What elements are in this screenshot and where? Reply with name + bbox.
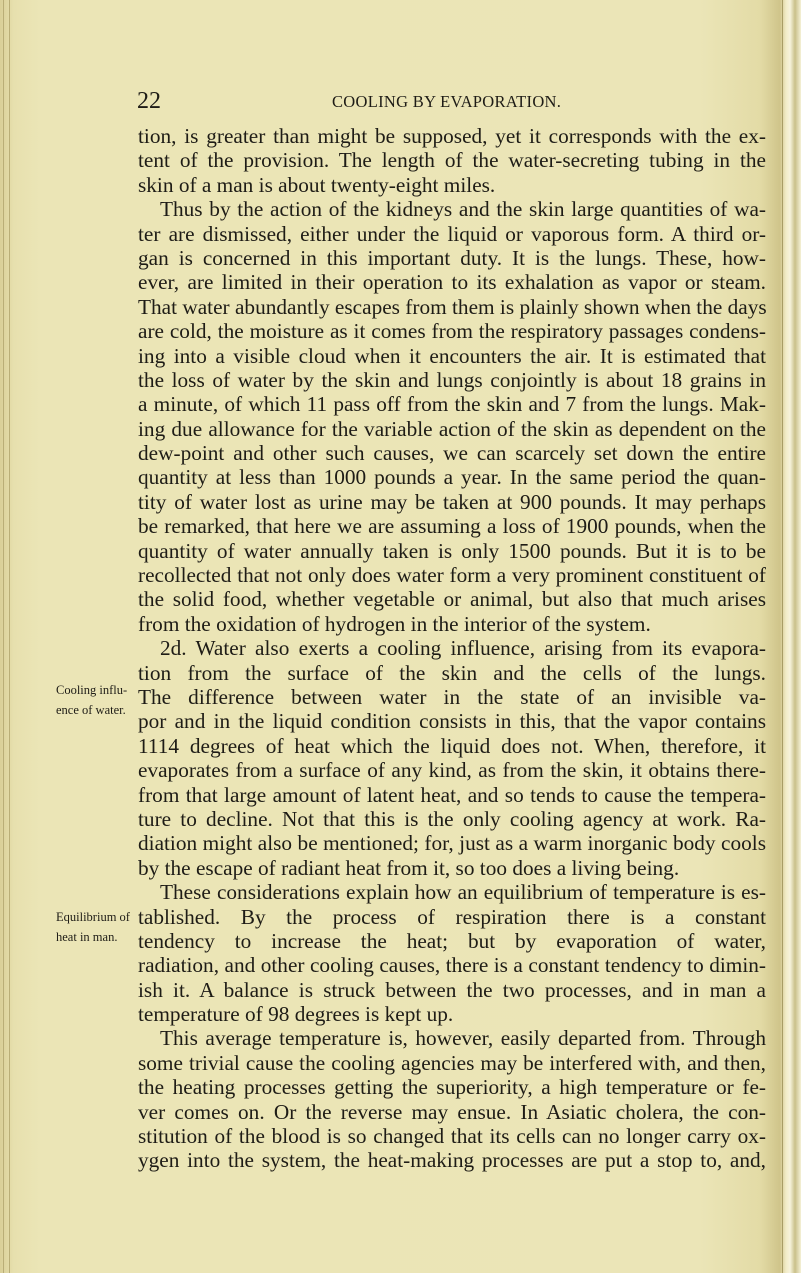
text-line: quantity of water annually taken is only… [138, 539, 766, 563]
page-number: 22 [137, 88, 161, 115]
text-line: radiation, and other cooling causes, the… [138, 953, 766, 977]
text-line: tion from the surface of the skin and th… [138, 661, 766, 685]
text-line: recollected that not only does water for… [138, 563, 766, 587]
text-line: 2d. Water also exerts a cooling influenc… [138, 636, 766, 660]
margin-note: Cooling influ-ence of water. [56, 680, 127, 720]
text-line: Thus by the action of the kidneys and th… [138, 197, 766, 221]
margin-note-line: heat in man. [56, 927, 130, 947]
spine-edge-line [9, 0, 10, 1273]
text-line: por and in the liquid condition consists… [138, 709, 766, 733]
text-line: by the escape of radiant heat from it, s… [138, 856, 766, 880]
page-header: 22 COOLING BY EVAPORATION. [0, 88, 801, 118]
text-line: tablished. By the process of respiration… [138, 905, 766, 929]
text-line: 1114 degrees of heat which the liquid do… [138, 734, 766, 758]
text-line: be remarked, that here we are assuming a… [138, 514, 766, 538]
text-line: ish it. A balance is struck between the … [138, 978, 766, 1002]
book-page: 22 COOLING BY EVAPORATION. tion, is grea… [0, 0, 801, 1273]
text-line: quantity at less than 1000 pounds a year… [138, 465, 766, 489]
fore-edge-line [782, 0, 783, 1273]
text-line: dew-point and other such causes, we can … [138, 441, 766, 465]
text-line: That water abundantly escapes from them … [138, 295, 766, 319]
text-line: These considerations explain how an equi… [138, 880, 766, 904]
text-line: ter are dismissed, either under the liqu… [138, 222, 766, 246]
text-line: This average temperature is, however, ea… [138, 1026, 766, 1050]
text-line: some trivial cause the cooling agencies … [138, 1051, 766, 1075]
text-line: ygen into the system, the heat-making pr… [138, 1148, 766, 1172]
text-line: tity of water lost as urine may be taken… [138, 490, 766, 514]
text-line: temperature of 98 degrees is kept up. [138, 1002, 766, 1026]
text-line: tent of the provision. The length of the… [138, 148, 766, 172]
text-line: diation might also be mentioned; for, ju… [138, 831, 766, 855]
text-line: ver comes on. Or the reverse may ensue. … [138, 1100, 766, 1124]
text-line: from the oxidation of hydrogen in the in… [138, 612, 766, 636]
text-line: tendency to increase the heat; but by ev… [138, 929, 766, 953]
spine-edge-line [3, 0, 4, 1273]
running-head: COOLING BY EVAPORATION. [332, 92, 561, 112]
text-line: the solid food, whether vegetable or ani… [138, 587, 766, 611]
text-line: a minute, of which 11 pass off from the … [138, 392, 766, 416]
text-line: evaporates from a surface of any kind, a… [138, 758, 766, 782]
text-line: ture to decline. Not that this is the on… [138, 807, 766, 831]
text-line: are cold, the moisture as it comes from … [138, 319, 766, 343]
text-line: ing due allowance for the variable actio… [138, 417, 766, 441]
text-line: the heating processes getting the superi… [138, 1075, 766, 1099]
margin-note: Equilibrium ofheat in man. [56, 907, 130, 947]
text-line: ever, are limited in their operation to … [138, 270, 766, 294]
text-line: tion, is greater than might be supposed,… [138, 124, 766, 148]
text-line: ing into a visible cloud when it encount… [138, 344, 766, 368]
text-line: the loss of water by the skin and lungs … [138, 368, 766, 392]
body-text: tion, is greater than might be supposed,… [138, 124, 766, 1173]
text-line: from that large amount of latent heat, a… [138, 783, 766, 807]
text-line: The difference between water in the stat… [138, 685, 766, 709]
text-line: stitution of the blood is so changed tha… [138, 1124, 766, 1148]
margin-note-line: ence of water. [56, 700, 127, 720]
text-line: skin of a man is about twenty-eight mile… [138, 173, 766, 197]
text-line: gan is concerned in this important duty.… [138, 246, 766, 270]
margin-note-line: Cooling influ- [56, 680, 127, 700]
margin-note-line: Equilibrium of [56, 907, 130, 927]
